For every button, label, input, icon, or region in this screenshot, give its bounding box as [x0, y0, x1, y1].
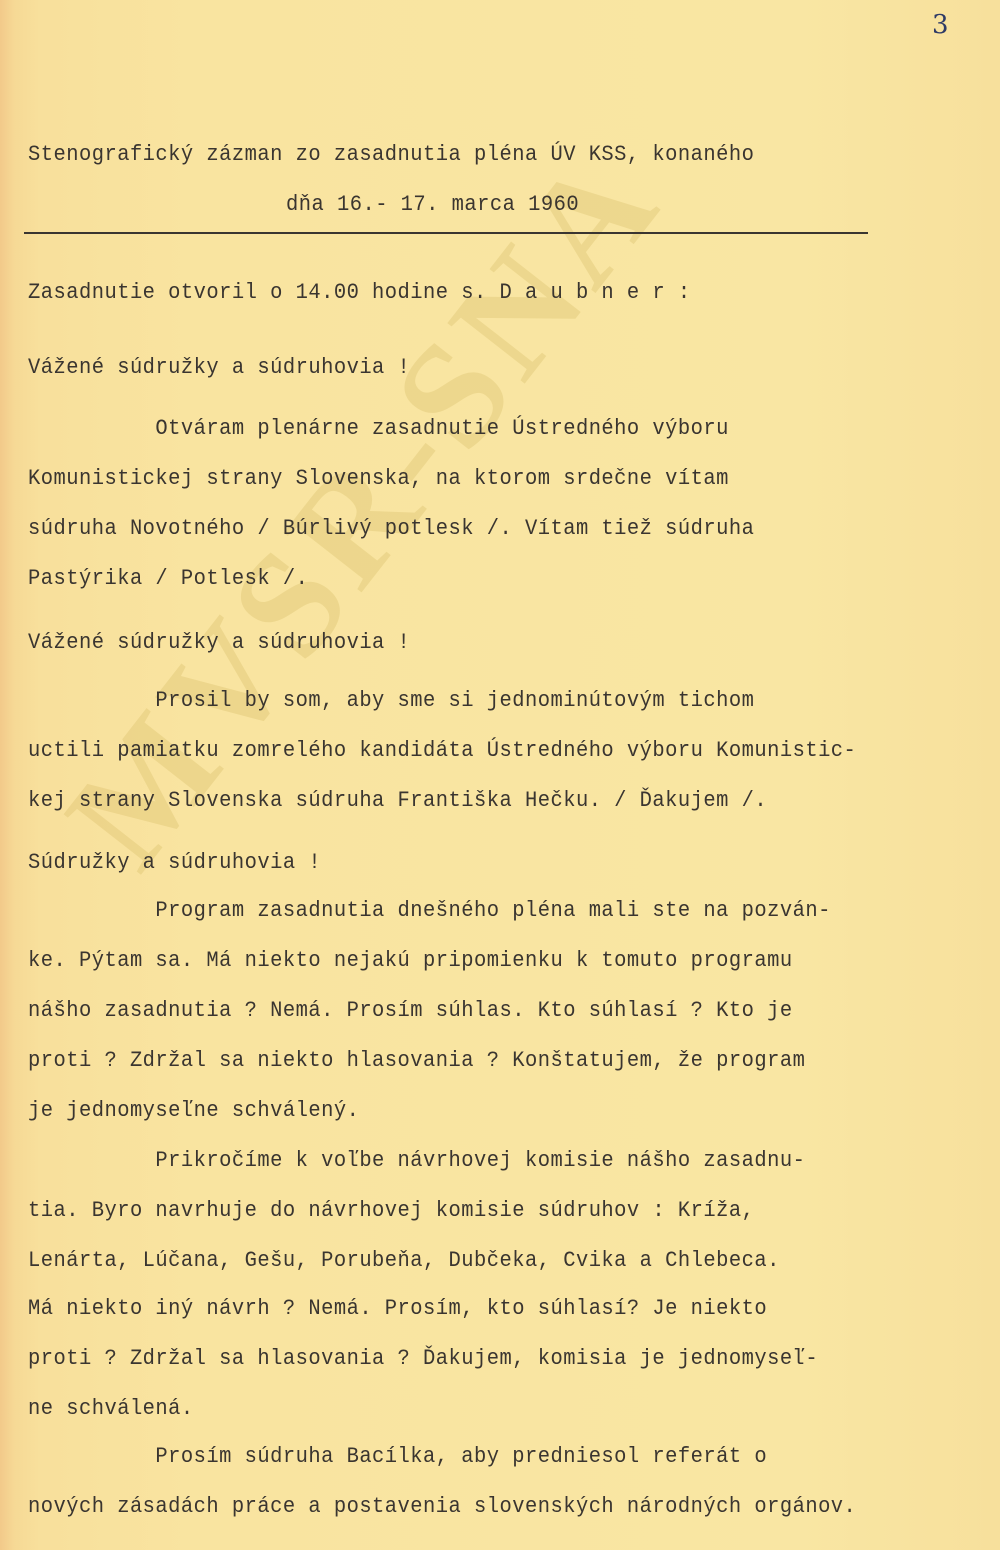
body-line: kej strany Slovenska súdruha Františka H…	[28, 788, 767, 813]
body-line: Otváram plenárne zasadnutie Ústredného v…	[28, 416, 729, 441]
title-underline	[24, 232, 868, 234]
body-line: Vážené súdružky a súdruhovia !	[28, 355, 410, 380]
body-line: ke. Pýtam sa. Má niekto nejakú pripomien…	[28, 948, 793, 973]
body-line: je jednomyseľne schválený.	[28, 1098, 359, 1123]
body-line: Prosil by som, aby sme si jednominútovým…	[28, 688, 754, 713]
document-title-line-1: Stenografický zázman zo zasadnutia pléna…	[28, 142, 754, 167]
body-line: Súdružky a súdruhovia !	[28, 850, 321, 875]
body-line: Prikročíme k voľbe návrhovej komisie náš…	[28, 1148, 805, 1173]
body-line: Program zasadnutia dnešného pléna mali s…	[28, 898, 831, 923]
body-line: tia. Byro navrhuje do návrhovej komisie …	[28, 1198, 754, 1223]
page-number: 3	[932, 10, 949, 40]
body-line: Vážené súdružky a súdruhovia !	[28, 630, 410, 655]
body-line: ne schválená.	[28, 1396, 194, 1421]
opening-line: Zasadnutie otvoril o 14.00 hodine s. D a…	[28, 280, 691, 305]
document-title-line-2: dňa 16.- 17. marca 1960	[286, 192, 579, 217]
archive-watermark: MVSR-SNA	[32, 119, 694, 899]
body-line: Lenárta, Lúčana, Gešu, Porubeňa, Dubčeka…	[28, 1248, 780, 1273]
body-line: uctili pamiatku zomrelého kandidáta Ústr…	[28, 738, 856, 763]
body-line: Pastýrika / Potlesk /.	[28, 566, 308, 591]
body-line: Komunistickej strany Slovenska, na ktoro…	[28, 466, 729, 491]
body-line: nových zásadách práce a postavenia slove…	[28, 1494, 856, 1519]
body-line: Má niekto iný návrh ? Nemá. Prosím, kto …	[28, 1296, 767, 1321]
body-line: proti ? Zdržal sa hlasovania ? Ďakujem, …	[28, 1346, 818, 1371]
body-line: Prosím súdruha Bacílka, aby predniesol r…	[28, 1444, 767, 1469]
body-line: nášho zasadnutia ? Nemá. Prosím súhlas. …	[28, 998, 793, 1023]
body-line: proti ? Zdržal sa niekto hlasovania ? Ko…	[28, 1048, 805, 1073]
body-line: súdruha Novotného / Búrlivý potlesk /. V…	[28, 516, 754, 541]
